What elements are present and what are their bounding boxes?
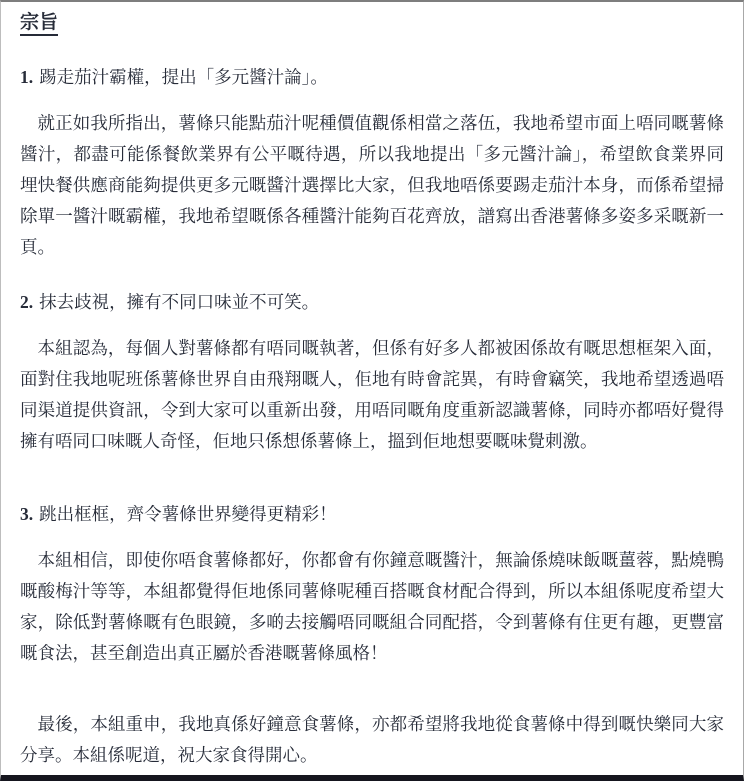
page-title: 宗旨 xyxy=(20,7,724,38)
section-3: 3.跳出框框，齊令薯條世界變得更精彩！ 本組相信，即使你唔食薯條都好，你都會有你… xyxy=(20,499,724,669)
section-1-heading-text: 踢走茄汁霸權，提出「多元醬汁論」。 xyxy=(39,67,328,87)
section-2: 2.抹去歧視，擁有不同口味並不可笑。 本組認為，每個人對薯條都有唔同嘅執著，但係… xyxy=(20,287,724,457)
section-3-body: 本組相信，即使你唔食薯條都好，你都會有你鐘意嘅醬汁，無論係燒味飯嘅薑蓉，點燒鴨嘅… xyxy=(20,545,724,669)
section-1-number: 1. xyxy=(20,67,33,87)
section-1-body: 就正如我所指出，薯條只能點茄汁呢種價值觀係相當之落伍，我地希望市面上唔同嘅薯條醬… xyxy=(20,108,724,263)
section-2-heading-text: 抹去歧視，擁有不同口味並不可笑。 xyxy=(39,292,319,312)
section-3-heading: 3.跳出框框，齊令薯條世界變得更精彩！ xyxy=(20,499,724,530)
section-3-heading-text: 跳出框框，齊令薯條世界變得更精彩！ xyxy=(39,504,337,524)
section-2-heading: 2.抹去歧視，擁有不同口味並不可笑。 xyxy=(20,287,724,318)
section-1-heading: 1.踢走茄汁霸權，提出「多元醬汁論」。 xyxy=(20,62,724,93)
page-title-text: 宗旨 xyxy=(20,12,58,36)
section-2-body: 本組認為，每個人對薯條都有唔同嘅執著，但係有好多人都被困係故有嘅思想框架入面，面… xyxy=(20,333,724,457)
section-1: 1.踢走茄汁霸權，提出「多元醬汁論」。 就正如我所指出，薯條只能點茄汁呢種價值觀… xyxy=(20,62,724,263)
section-3-number: 3. xyxy=(20,504,33,524)
section-2-number: 2. xyxy=(20,292,33,312)
document-page: 宗旨 1.踢走茄汁霸權，提出「多元醬汁論」。 就正如我所指出，薯條只能點茄汁呢種… xyxy=(0,0,744,781)
closing-paragraph: 最後，本組重申，我地真係好鐘意食薯條，亦都希望將我地從食薯條中得到嘅快樂同大家分… xyxy=(20,709,724,771)
